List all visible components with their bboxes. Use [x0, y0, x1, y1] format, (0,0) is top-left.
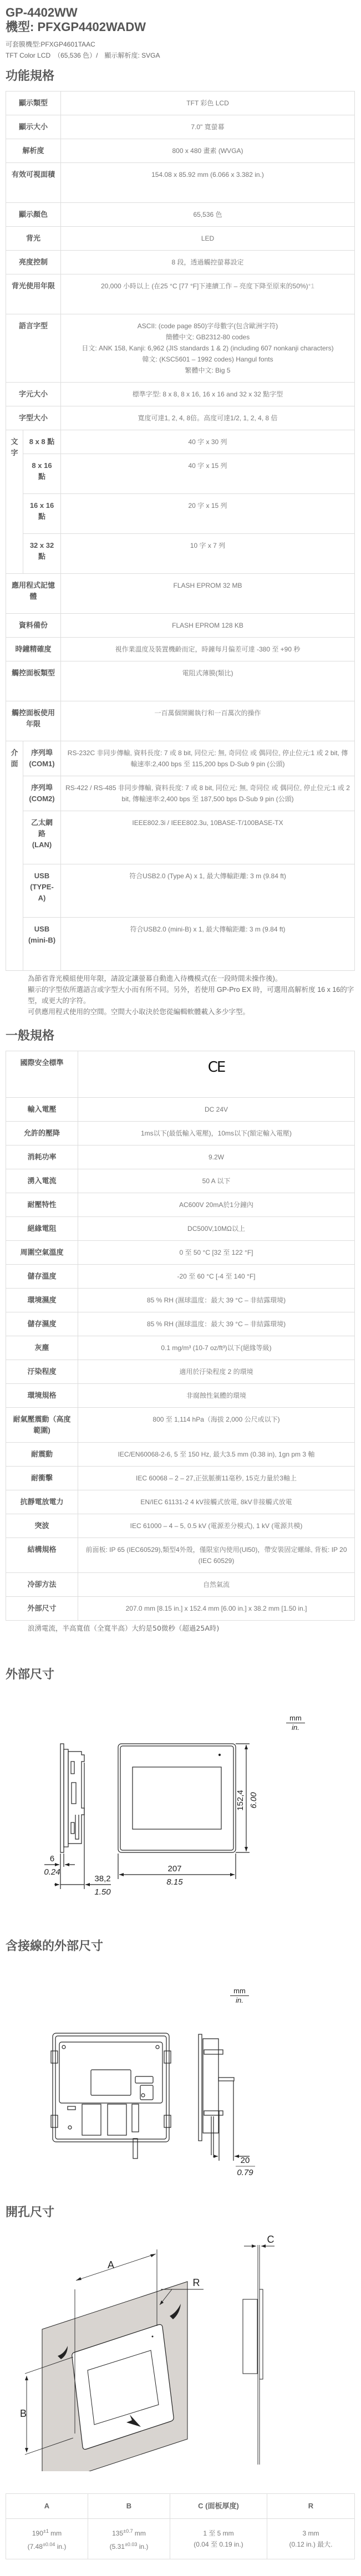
spec-value: IEEE802.3i / IEEE802.3u, 10BASE-T/100BAS…	[61, 811, 355, 864]
spec-label: 顯示類型	[6, 91, 61, 115]
cutout-drawing: A B C R	[6, 2227, 355, 2471]
cutout-diagram: A B C R	[6, 2227, 355, 2471]
cable-dimensions-title: 含接線的外部尺寸	[6, 1939, 355, 1953]
table-row: USB (mini-B)符合USB2.0 (mini-B) x 1, 最大傳輸距…	[6, 918, 355, 971]
spec-label: 輸入電壓	[6, 1098, 78, 1122]
spec-label: 耐震動	[6, 1443, 78, 1467]
spec-value: 1ms以下(最低輸入電壓)，10ms以下(額定輸入電壓)	[78, 1122, 355, 1146]
general-spec-table: 國際安全標準 CE 輸入電壓DC 24V 允許的壓降1ms以下(最低輸入電壓)，…	[6, 1051, 355, 1621]
note-line: 顯示的字型依所選語言或字型大小而有所不同。另外，若使用 GP-Pro EX 時，…	[28, 984, 355, 1006]
bezel-in: 0.24	[44, 1867, 60, 1877]
depth-in: 1.50	[94, 1887, 111, 1897]
table-row: 文字 8 x 8 點 40 字 x 30 列	[6, 430, 355, 454]
table-row: 環境規格非腐蝕性氣體的環境	[6, 1384, 355, 1408]
spec-label: 耐壓特性	[6, 1193, 78, 1217]
spec-value: RS-232C 非同步傳輸, 資料長度: 7 或 8 bit, 同位元: 無, …	[61, 741, 355, 776]
table-row: 顯示顏色65,536 色	[6, 203, 355, 227]
table-row: 語言字型 ASCII: (code page 850)字母數字(包含歐洲字符) …	[6, 314, 355, 383]
spec-label: 背光	[6, 227, 61, 251]
spec-label: USB (mini-B)	[23, 918, 61, 971]
table-row: 結構規格前面板: IP 65 (IEC60529),類型4外殼，僅限室內使用(U…	[6, 1538, 355, 1573]
backlight-life-text: 20,000 小時以上 (在25 °C [77 °F]下連續工作 – 亮度下降至…	[101, 282, 308, 290]
spec-label: 語言字型	[6, 314, 61, 383]
spec-label: 亮度控制	[6, 251, 61, 274]
spec-value: 65,536 色	[61, 203, 355, 227]
cutout-a-value: 190±1 mm (7.48±0.04 in.)	[6, 2519, 88, 2559]
dimension-diagram: 207 8.15 152,4 6.00 6 0.24 38,2 1.50	[6, 1689, 355, 1922]
height-mm: 152,4	[236, 1790, 245, 1811]
table-row: 觸控面板類型電阻式薄膜(類比)	[6, 661, 355, 701]
spec-value: 50 A 以下	[78, 1169, 355, 1193]
text-group-label: 文字	[6, 430, 23, 574]
table-row: 冷卻方法自然氣流	[6, 1573, 355, 1597]
dim-r-label: R	[193, 2277, 200, 2288]
dimensions-title: 外部尺寸	[6, 1667, 355, 1682]
spec-label: 字型大小	[6, 406, 61, 430]
font-line: 簡體中文: GB2312-80 codes	[65, 332, 350, 343]
spec-label: 資料備份	[6, 614, 61, 638]
spec-label: 字元大小	[6, 383, 61, 406]
spec-label: 32 x 32 點	[23, 534, 61, 574]
note-line: 為節省背光模組使用年限，請設定讓螢幕自動進入待機模式(在一段時間未操作後)。	[28, 973, 355, 984]
spec-label: 冷卻方法	[6, 1573, 78, 1597]
table-row: 8 x 16 點40 字 x 15 列	[6, 454, 355, 494]
spec-label: 消耗功率	[6, 1146, 78, 1169]
spec-label: 應用程式記憶體	[6, 574, 61, 614]
spec-label: 周圍空氣溫度	[6, 1241, 78, 1265]
table-row: 介面 序列埠 (COM1) RS-232C 非同步傳輸, 資料長度: 7 或 8…	[6, 741, 355, 776]
spec-value: 40 字 x 15 列	[61, 454, 355, 494]
spec-value: DC500V,10MΩ以上	[78, 1217, 355, 1241]
cutout-c-value: 1 至 5 mm (0.04 至 0.19 in.)	[170, 2519, 267, 2559]
spec-value: RS-422 / RS-485 非同步傳輸, 資料長度: 7 或 8 bit, …	[61, 776, 355, 811]
cable-in: 0.79	[237, 2168, 253, 2177]
spec-value: 8 段，透過觸控螢幕設定	[61, 251, 355, 274]
spec-value: 800 x 480 畫素 (WVGA)	[61, 139, 355, 163]
spec-value: FLASH EPROM 128 KB	[61, 614, 355, 638]
table-row: 環境濕度85 % RH (濕球溫度：最大 39 °C – 非結露環境)	[6, 1289, 355, 1312]
font-line: 繁體中文: Big 5	[65, 365, 350, 376]
table-row: 儲存溫度-20 至 60 °C [-4 至 140 °F]	[6, 1265, 355, 1289]
display-summary: TFT Color LCD （65,536 色）/ 顯示解析度: SVGA	[6, 50, 355, 61]
table-row: 突波IEC 61000 – 4 – 5, 0.5 kV (電源差分模式), 1 …	[6, 1514, 355, 1538]
spec-value: ASCII: (code page 850)字母數字(包含歐洲字符) 簡體中文:…	[61, 314, 355, 383]
product-header: GP-4402WW 機型: PFXGP4402WADW 可套膜機型:PFXGP4…	[6, 0, 355, 61]
column-header: B	[88, 2494, 170, 2519]
table-row: 周圍空氣溫度0 至 50 °C [32 至 122 °F]	[6, 1241, 355, 1265]
cutout-table: A B C (面板厚度) R 190±1 mm (7.48±0.04 in.) …	[6, 2493, 355, 2559]
dim-c-label: C	[267, 2234, 274, 2245]
table-row: 應用程式記憶體FLASH EPROM 32 MB	[6, 574, 355, 614]
overlay-model: 可套膜機型:PFXGP4601TAAC	[6, 39, 355, 50]
spec-value: 85 % RH (濕球溫度：最大 39 °C – 非結露環境)	[78, 1289, 355, 1312]
footnote-marker: *1	[308, 282, 314, 290]
functional-notes: 為節省背光模組使用年限，請設定讓螢幕自動進入待機模式(在一段時間未操作後)。 顯…	[6, 971, 355, 1017]
depth-mm: 38,2	[94, 1874, 110, 1883]
table-row: 乙太網路 (LAN)IEEE802.3i / IEEE802.3u, 10BAS…	[6, 811, 355, 864]
functional-spec-table: 顯示類型TFT 彩色 LCD 顯示大小7.0" 寬螢幕 解析度800 x 480…	[6, 91, 355, 971]
spec-label: 結構規格	[6, 1538, 78, 1573]
width-mm: 207	[167, 1864, 181, 1874]
spec-value: FLASH EPROM 32 MB	[61, 574, 355, 614]
table-row: 亮度控制8 段，透過觸控螢幕設定	[6, 251, 355, 274]
spec-value: 電阻式薄膜(類比)	[61, 661, 355, 701]
bezel-mm: 6	[50, 1854, 54, 1864]
spec-value: IEC 61000 – 4 – 5, 0.5 kV (電源差分模式), 1 kV…	[78, 1514, 355, 1538]
interface-group-label: 介面	[6, 741, 23, 971]
table-row: 輸入電壓DC 24V	[6, 1098, 355, 1122]
table-row: 190±1 mm (7.48±0.04 in.) 135±0.7 mm (5.3…	[6, 2519, 355, 2559]
spec-value: 符合USB2.0 (mini-B) x 1, 最大傳輸距離: 3 m (9.84…	[61, 918, 355, 971]
spec-label: 儲存濕度	[6, 1312, 78, 1336]
spec-label: 解析度	[6, 139, 61, 163]
spec-value: 0 至 50 °C [32 至 122 °F]	[78, 1241, 355, 1265]
table-row: 耐衝擊IEC 60068 – 2 – 27,正弦脈衝11毫秒, 15克力量於3軸…	[6, 1467, 355, 1490]
cable-mm: 20	[241, 2156, 250, 2165]
spec-value: 自然氣流	[78, 1573, 355, 1597]
spec-value: AC600V 20mA於1分鐘內	[78, 1193, 355, 1217]
table-row: 背光使用年限20,000 小時以上 (在25 °C [77 °F]下連續工作 –…	[6, 274, 355, 314]
spec-value: 0.1 mg/m³ (10-7 oz/ft³)以下(絕緣等級)	[78, 1336, 355, 1360]
spec-value: EN/IEC 61131-2 4 kV接觸式放電, 8kV非接觸式放電	[78, 1490, 355, 1514]
cutout-title: 開孔尺寸	[6, 2205, 355, 2219]
width-in: 8.15	[166, 1877, 183, 1887]
spec-label: 8 x 8 點	[23, 430, 61, 454]
font-line: 韓文: (KSC5601 – 1992 codes) Hangul fonts	[65, 354, 350, 365]
table-row: 耐震動IEC/EN60068-2-6, 5 至 150 Hz, 最大3.5 mm…	[6, 1443, 355, 1467]
spec-label: 顯示大小	[6, 115, 61, 139]
table-row: 抗靜電放電力EN/IEC 61131-2 4 kV接觸式放電, 8kV非接觸式放…	[6, 1490, 355, 1514]
spec-value: DC 24V	[78, 1098, 355, 1122]
table-row: 顯示大小7.0" 寬螢幕	[6, 115, 355, 139]
spec-label: 國際安全標準	[6, 1051, 78, 1098]
table-row: 有效可視面積154.08 x 85.92 mm (6.066 x 3.382 i…	[6, 163, 355, 203]
dim-a-label: A	[108, 2259, 114, 2270]
table-row: 國際安全標準 CE	[6, 1051, 355, 1098]
table-row: 字型大小寬度可達1, 2, 4, 8倍。高度可達1/2, 1, 2, 4, 8 …	[6, 406, 355, 430]
cable-dimension-drawing: mm in.	[6, 1961, 355, 2161]
spec-value: 10 字 x 7 列	[61, 534, 355, 574]
spec-label: 耐衝擊	[6, 1467, 78, 1490]
spec-value: 符合USB2.0 (Type A) x 1, 最大傳輸距離: 3 m (9.84…	[61, 864, 355, 918]
spec-value: 前面板: IP 65 (IEC60529),類型4外殼，僅限室內使用(Ul50)…	[78, 1538, 355, 1573]
spec-value: 視作業溫度及裝置機齡而定，時鐘每月偏差可達 -380 至 +90 秒	[61, 638, 355, 661]
spec-label: 乙太網路 (LAN)	[23, 811, 61, 864]
spec-value: IEC 60068 – 2 – 27,正弦脈衝11毫秒, 15克力量於3軸上	[78, 1467, 355, 1490]
note-line: 可供應用程式使用的空間。空間大小取決於您從編輯軟體載入多少字型。	[28, 1006, 355, 1017]
dim-b-label: B	[20, 2408, 27, 2419]
spec-value: IEC/EN60068-2-6, 5 至 150 Hz, 最大3.5 mm (0…	[78, 1443, 355, 1467]
table-row: 時鐘精確度視作業溫度及裝置機齡而定，時鐘每月偏差可達 -380 至 +90 秒	[6, 638, 355, 661]
spec-label: 時鐘精確度	[6, 638, 61, 661]
model-name: GP-4402WW	[6, 6, 355, 20]
spec-value: 207.0 mm [8.15 in.] x 152.4 mm [6.00 in.…	[78, 1597, 355, 1621]
spec-value: 20,000 小時以上 (在25 °C [77 °F]下連續工作 – 亮度下降至…	[61, 274, 355, 314]
cutout-b-value: 135±0.7 mm (5.31±0.03 in.)	[88, 2519, 170, 2559]
spec-label: 有效可視面積	[6, 163, 61, 203]
table-row: 字元大小標準字型: 8 x 8, 8 x 16, 16 x 16 and 32 …	[6, 383, 355, 406]
table-row: 汙染程度適用於汙染程度 2 的環境	[6, 1360, 355, 1384]
table-row: 背光LED	[6, 227, 355, 251]
table-row: 32 x 32 點10 字 x 7 列	[6, 534, 355, 574]
font-line: ASCII: (code page 850)字母數字(包含歐洲字符)	[65, 320, 350, 332]
spec-label: USB (TYPE-A)	[23, 864, 61, 918]
dimension-drawing: mm in.	[6, 1689, 355, 1922]
spec-label: 外部尺寸	[6, 1597, 78, 1621]
spec-value: 800 至 1,114 hPa（海拔 2,000 公尺或以下)	[78, 1408, 355, 1443]
spec-label: 汙染程度	[6, 1360, 78, 1384]
spec-value: 7.0" 寬螢幕	[61, 115, 355, 139]
font-line: 日文: ANK 158, Kanji: 6,962 (JIS standards…	[65, 343, 350, 354]
table-row: 儲存濕度85 % RH (濕球溫度：最大 39 °C – 非結露環境)	[6, 1312, 355, 1336]
table-row: 16 x 16 點20 字 x 15 列	[6, 494, 355, 534]
table-row: 耐壓特性AC600V 20mA於1分鐘內	[6, 1193, 355, 1217]
table-row: 顯示類型TFT 彩色 LCD	[6, 91, 355, 115]
spec-label: 抗靜電放電力	[6, 1490, 78, 1514]
spec-label: 儲存溫度	[6, 1265, 78, 1289]
table-row: USB (TYPE-A)符合USB2.0 (Type A) x 1, 最大傳輸距…	[6, 864, 355, 918]
spec-label: 16 x 16 點	[23, 494, 61, 534]
height-in: 6.00	[249, 1792, 258, 1809]
table-row: 允許的壓降1ms以下(最低輸入電壓)，10ms以下(額定輸入電壓)	[6, 1122, 355, 1146]
spec-value: 寬度可達1, 2, 4, 8倍。高度可達1/2, 1, 2, 4, 8 倍	[61, 406, 355, 430]
model-number: 機型: PFXGP4402WADW	[6, 20, 355, 34]
spec-value: LED	[61, 227, 355, 251]
spec-label: 8 x 16 點	[23, 454, 61, 494]
spec-label: 序列埠 (COM1)	[23, 741, 61, 776]
table-row: 資料備份FLASH EPROM 128 KB	[6, 614, 355, 638]
spec-label: 突波	[6, 1514, 78, 1538]
table-row: 耐氣壓震動（高度範圍)800 至 1,114 hPa（海拔 2,000 公尺或以…	[6, 1408, 355, 1443]
spec-value: TFT 彩色 LCD	[61, 91, 355, 115]
spec-value: 適用於汙染程度 2 的環境	[78, 1360, 355, 1384]
spec-label: 灰塵	[6, 1336, 78, 1360]
spec-value: -20 至 60 °C [-4 至 140 °F]	[78, 1265, 355, 1289]
table-row: 解析度800 x 480 畫素 (WVGA)	[6, 139, 355, 163]
column-header: C (面板厚度)	[170, 2494, 267, 2519]
spec-value: 20 字 x 15 列	[61, 494, 355, 534]
table-row: 湧入電流50 A 以下	[6, 1169, 355, 1193]
spec-label: 觸控面板使用年限	[6, 701, 61, 741]
spec-value: 9.2W	[78, 1146, 355, 1169]
spec-value: 非腐蝕性氣體的環境	[78, 1384, 355, 1408]
table-row: 序列埠 (COM2)RS-422 / RS-485 非同步傳輸, 資料長度: 7…	[6, 776, 355, 811]
cable-dimension-labels: 20 0.79	[6, 2155, 355, 2177]
table-row: 灰塵0.1 mg/m³ (10-7 oz/ft³)以下(絕緣等級)	[6, 1336, 355, 1360]
spec-label: 背光使用年限	[6, 274, 61, 314]
spec-label: 觸控面板類型	[6, 661, 61, 701]
table-header-row: A B C (面板厚度) R	[6, 2494, 355, 2519]
table-row: 消耗功率9.2W	[6, 1146, 355, 1169]
spec-value: 一百萬個開關執行和一百萬次的操作	[61, 701, 355, 741]
spec-label: 耐氣壓震動（高度範圍)	[6, 1408, 78, 1443]
cutout-r-value: 3 mm (0.12 in.) 最大.	[267, 2519, 355, 2559]
general-specs-title: 一般規格	[6, 1029, 355, 1043]
spec-value: 40 字 x 30 列	[61, 430, 355, 454]
spec-value: 85 % RH (濕球溫度：最大 39 °C – 非結露環境)	[78, 1312, 355, 1336]
inrush-note: 浪湧電流，半高寬值（全寬半高）大約是50微秒（超過25A時)	[6, 1621, 355, 1634]
spec-label: 序列埠 (COM2)	[23, 776, 61, 811]
table-row: 觸控面板使用年限一百萬個開關執行和一百萬次的操作	[6, 701, 355, 741]
ce-mark-icon: CE	[208, 1057, 225, 1077]
spec-label: 顯示顏色	[6, 203, 61, 227]
spec-value: 154.08 x 85.92 mm (6.066 x 3.382 in.)	[61, 163, 355, 203]
spec-value: CE	[78, 1051, 355, 1098]
column-header: A	[6, 2494, 88, 2519]
spec-label: 允許的壓降	[6, 1122, 78, 1146]
cable-dimension-diagram	[6, 1961, 355, 2161]
spec-label: 環境濕度	[6, 1289, 78, 1312]
table-row: 絕緣電阻DC500V,10MΩ以上	[6, 1217, 355, 1241]
spec-value: 標準字型: 8 x 8, 8 x 16, 16 x 16 and 32 x 32…	[61, 383, 355, 406]
spec-label: 環境規格	[6, 1384, 78, 1408]
column-header: R	[267, 2494, 355, 2519]
spec-label: 絕緣電阻	[6, 1217, 78, 1241]
table-row: 外部尺寸207.0 mm [8.15 in.] x 152.4 mm [6.00…	[6, 1597, 355, 1621]
spec-label: 湧入電流	[6, 1169, 78, 1193]
functional-specs-title: 功能規格	[6, 69, 355, 83]
